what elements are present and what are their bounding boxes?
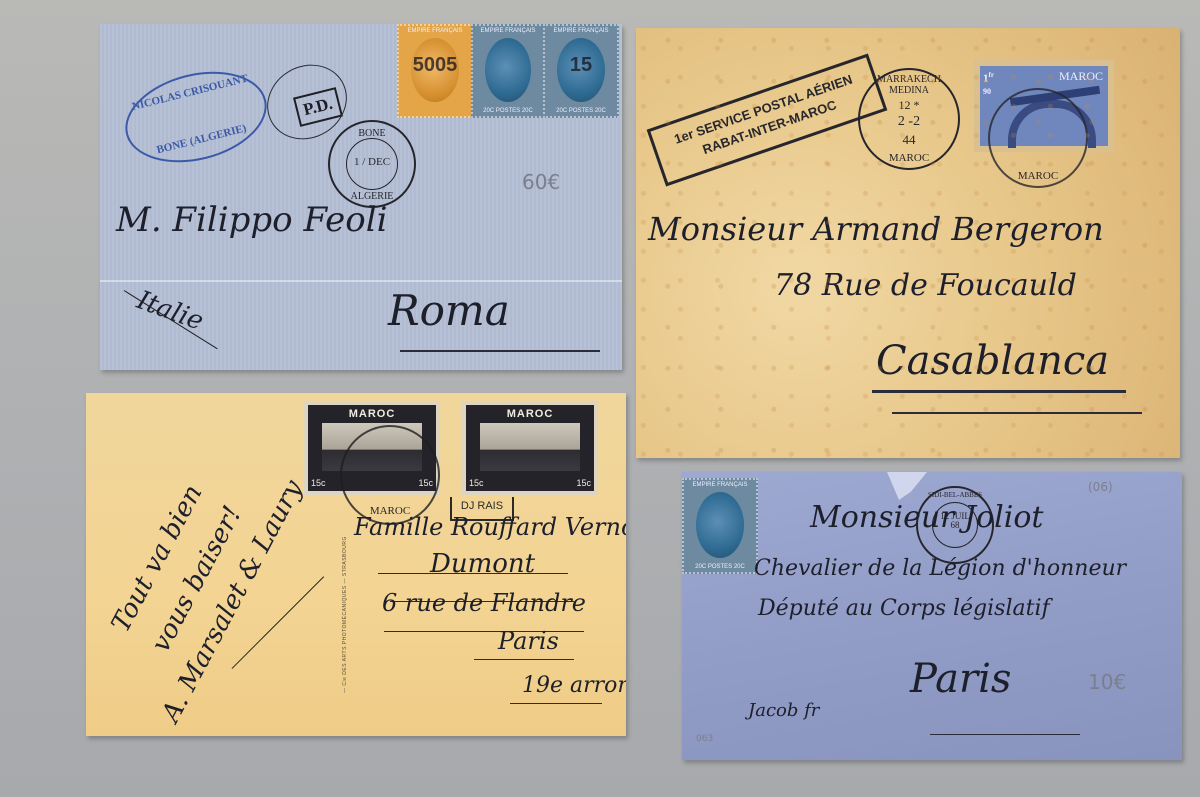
stamp-napoleon-20c-left: EMPIRE FRANÇAIS 20C POSTES 20C (471, 24, 545, 118)
reference-note-bottom: 063 (696, 734, 713, 744)
recipient-street: 78 Rue de Foucauld (774, 268, 1077, 303)
city-underline (930, 734, 1080, 735)
city-underline-second (892, 412, 1142, 414)
city-underline (400, 350, 600, 352)
envelope-joliot-paris: EMPIRE FRANÇAIS 20C POSTES 20C SIDI-BEL-… (682, 472, 1182, 760)
bone-postmark: BONE 1 / DEC ALGERIE (328, 120, 416, 208)
sender-oval-cachet: NICOLAS CRISOUANT BONE (ALGERIE) (116, 58, 277, 176)
destination-city: Paris (910, 656, 1011, 702)
marrakech-medina-postmark: MARRAKECH MEDINA 12 * 2 -2 44 MAROC (858, 68, 960, 170)
stamp-napoleon-20c-right: EMPIRE FRANÇAIS 15 20C POSTES 20C (543, 24, 619, 118)
stamp-maroc-15c-right: MAROC 15c 15c (462, 401, 598, 495)
stamp-napoleon-40c: EMPIRE FRANÇAIS 5005 (397, 24, 473, 118)
letter-bone-roma: NICOLAS CRISOUANT BONE (ALGERIE) P.D. BO… (100, 24, 622, 370)
recipient-name: M. Filippo Feoli (116, 200, 388, 240)
recipient-line-1: Famille Rouffard Vernon (354, 513, 626, 541)
pencil-price-note: 60€ (522, 170, 560, 194)
recipient-district: 19e arron (522, 673, 626, 698)
city-underline (872, 390, 1126, 393)
second-maroc-postmark: MAROC (988, 88, 1088, 188)
country-note: Italie (133, 285, 207, 337)
recipient-name: Monsieur Joliot (810, 500, 1043, 535)
recipient-line-2: Dumont (430, 549, 535, 579)
destination-city: Roma (388, 286, 510, 335)
recipient-office: Député au Corps législatif (758, 596, 1050, 621)
sender-note: Jacob fr (748, 700, 819, 721)
destination-city: Casablanca (876, 338, 1109, 384)
reference-note-top: (06) (1088, 480, 1113, 494)
pencil-price-note: 10€ (1088, 670, 1126, 694)
stamp-napoleon-20c: EMPIRE FRANÇAIS 20C POSTES 20C (682, 478, 758, 574)
address-rule (510, 703, 602, 704)
printer-credit-line: — Cie DES ARTS PHOTOMÉCANIQUES — STRASBO… (342, 536, 348, 693)
recipient-city: Paris (498, 627, 559, 655)
recipient-name: Monsieur Armand Bergeron (648, 210, 1104, 248)
recipient-street: 6 rue de Flandre (382, 589, 586, 617)
envelope-marrakech-casablanca: 1er SERVICE POSTAL AÉRIEN RABAT-INTER-MA… (636, 28, 1180, 458)
recipient-title: Chevalier de la Légion d'honneur (754, 556, 1126, 581)
paper-fold (100, 280, 622, 282)
maroc-postmark: MAROC (340, 425, 440, 525)
building-illustration (480, 423, 580, 471)
address-rule (474, 659, 574, 660)
postcard-maroc-paris: MAROC 15c 15c MAROC 15c 15c MAROC DJ RAI… (86, 393, 626, 736)
airmail-cachet: 1er SERVICE POSTAL AÉRIEN RABAT-INTER-MA… (647, 54, 888, 187)
